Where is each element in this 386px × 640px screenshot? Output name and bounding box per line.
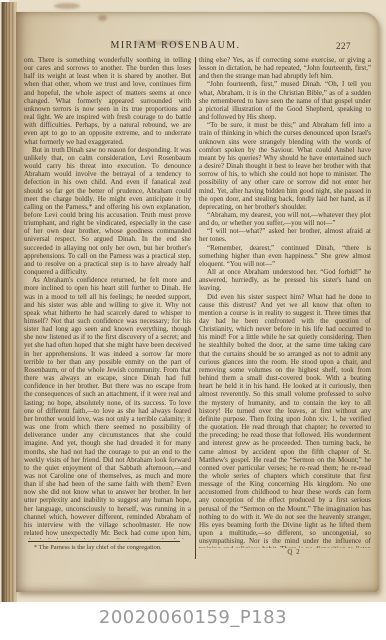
paragraph: om. There is something wonderfully sooth… (24, 56, 191, 146)
text-column-right: thing else? Yes, as if correcting some e… (199, 56, 371, 563)
paragraph: All at once Abraham understood her. “God… (199, 268, 371, 292)
photo-background: MIRIAM ROSENBAUM. 227 om. There is somet… (0, 0, 386, 602)
foxing-stain (98, 15, 107, 21)
paragraph: “Abraham, my dearest, you will not,—what… (199, 211, 371, 227)
paragraph: “I will not—what?” asked her brother, al… (199, 227, 371, 243)
book-page: MIRIAM ROSENBAUM. 227 om. There is somet… (16, 12, 379, 592)
archive-label-strip: 20020060159_P183 (0, 602, 386, 640)
text-column-left: om. There is something wonderfully sooth… (24, 56, 191, 563)
page-number: 227 (336, 41, 351, 51)
running-title: MIRIAM ROSENBAUM. (2, 40, 349, 51)
paragraph: Did even his sister suspect him? What ha… (199, 293, 371, 548)
paragraph: thing else? Yes, as if correcting some e… (199, 56, 371, 80)
footnote-area: * The Parness is the lay chief of the co… (24, 541, 191, 552)
foxing-stain (54, 3, 80, 9)
scan-label: 20020060159_P183 (0, 607, 386, 628)
page-header: MIRIAM ROSENBAUM. 227 (24, 40, 371, 54)
right-column-text: thing else? Yes, as if correcting some e… (199, 56, 371, 548)
left-column-text: om. There is something wonderfully sooth… (24, 56, 191, 539)
footnote-rule (28, 541, 180, 542)
paragraph: “To be sure, it must be this;” and Abrah… (199, 121, 371, 211)
paragraph: But in truth Dinah saw no reason for des… (24, 146, 191, 277)
signature-mark: Q 2 (199, 548, 371, 556)
scanned-book-photo: MIRIAM ROSENBAUM. 227 om. There is somet… (0, 0, 386, 640)
paragraph: As Abraham's confidence returned, he fel… (24, 276, 191, 539)
paragraph: “Remember, dearest,” continued Dinah, “t… (199, 244, 371, 268)
book-gutter-edge (0, 2, 17, 602)
foxing-stain (86, 576, 146, 586)
paragraph: “John fourteenth, first,” mused Dinah. “… (199, 80, 371, 121)
text-block: om. There is something wonderfully sooth… (24, 56, 372, 563)
footnote: * The Parness is the lay chief of the co… (24, 544, 191, 552)
column-divider (195, 57, 196, 559)
